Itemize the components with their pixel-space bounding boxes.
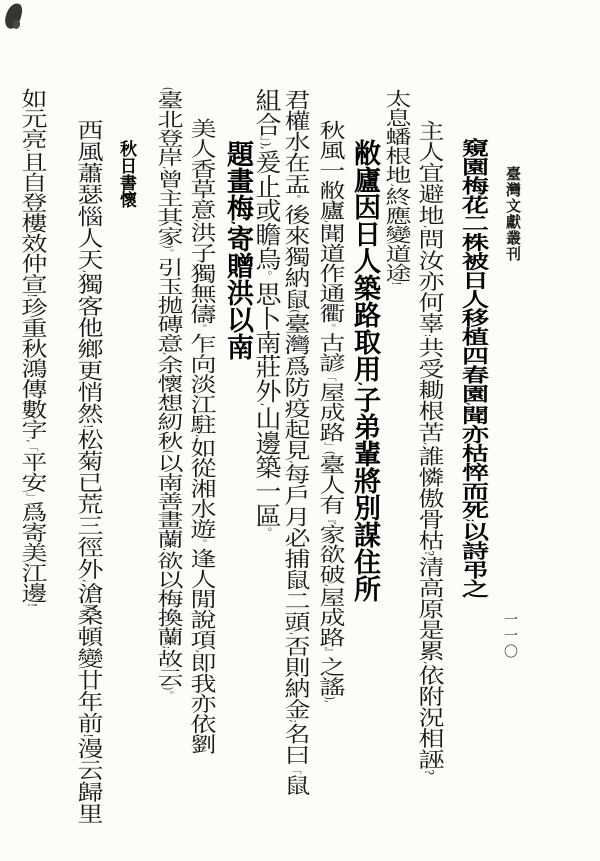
- poem3-verse-column-1: 美人香草意,洪子獨無儔。乍向淡江駐,如從湘水遊。逢人閒說項,即我亦依劉: [185, 118, 217, 754]
- poem4-title-column: 秋日書懷: [110, 140, 142, 208]
- page-number: 一一〇: [494, 612, 526, 660]
- poem1-verse-column-2: 太息蟠根地,終應變道途!: [380, 89, 412, 285]
- poem2-verse-column-3: 組合」),爰止或瞻烏。思卜南莊外,山邊築一區。: [250, 88, 282, 538]
- poem2-verse-column-1: 秋風一敝廬,聞道作通衢。古諺「屋成路」(臺人有『家欲破,屋成路』之謠),: [314, 120, 346, 703]
- poem1-verse-column-1: 主人宜避地,問汝亦何辜:共受耡根苦,誰憐傲骨枯?清高原是累,依附況相誣?: [413, 120, 445, 775]
- poem3-verse-column-2: (臺北登岸,曾主其家)。引玉拋磚意,余懷想紉秋(以南善畫蘭,欲以梅換蘭;故云)。: [152, 87, 184, 699]
- poem2-verse-column-2: 君權水在盂。後來獨納鼠(臺灣爲防疫起見,每戶月必捕鼠二頭,否則納金;名曰「鼠: [279, 89, 311, 796]
- poem2-title-column: 敝廬因日人築路取用,子弟輩將別謀住所: [348, 139, 380, 602]
- poem1-title-column: 窺園梅花二株被日人移植四春園,聞亦枯悴而死;以詩弔之: [456, 138, 488, 598]
- poem3-title-column: 題畫梅,寄贈洪以南: [221, 140, 253, 360]
- series-header: 臺灣文獻叢刊: [497, 166, 529, 262]
- book-page: 臺灣文獻叢刊 一一〇 窺園梅花二株被日人移植四春園,聞亦枯悴而死;以詩弔之 主人…: [0, 0, 600, 861]
- scan-ink-smudge: [3, 2, 24, 31]
- poem4-verse-column-1: 西風蕭瑟惱人天,獨客他鄉更悄然!松菊已荒三徑外,滄桑頓變廿年前!漫云歸里: [72, 119, 104, 824]
- poem4-verse-column-2: 如元亮,且自登樓效仲宣!珍重秋鴻傳數字,「平安」爲寄美江邊!: [16, 88, 48, 607]
